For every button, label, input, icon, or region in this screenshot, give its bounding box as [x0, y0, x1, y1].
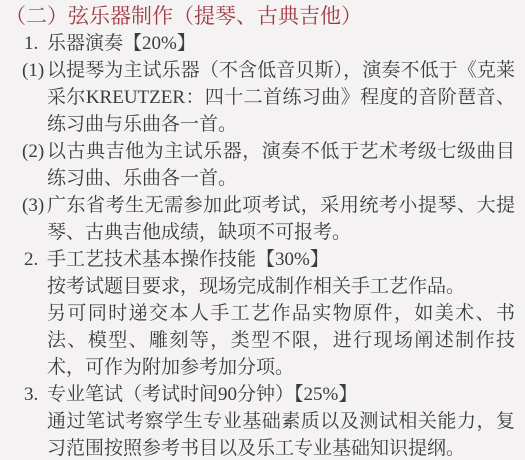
item-marker: (2) [22, 138, 47, 192]
section-1-item-3: (3) 广东省考生无需参加此项考试，采用统考小提琴、大提琴、古典吉他成绩，缺项不… [22, 192, 515, 246]
paragraph: 按考试题目要求，现场完成制作相关手工艺作品。 [47, 273, 515, 300]
item-marker: (1) [22, 57, 47, 138]
document-title: （二）弦乐器制作（提琴、古典吉他） [5, 3, 515, 30]
section-2-title: 手工艺技术基本操作技能【30%】 [47, 246, 329, 273]
section-1-number: 1. [24, 30, 47, 57]
section-3-heading: 3. 专业笔试（考试时间90分钟）【25%】 [24, 381, 515, 408]
paragraph: 通过笔试考察学生专业基础素质以及测试相关能力，复习范围按照参考书目以及乐工专业基… [47, 408, 515, 460]
section-3-number: 3. [24, 381, 47, 408]
item-text: 以古典吉他为主试乐器，演奏不低于艺术考级七级曲目练习曲、乐曲各一首。 [47, 138, 515, 192]
section-2-heading: 2. 手工艺技术基本操作技能【30%】 [24, 246, 515, 273]
document-page: （二）弦乐器制作（提琴、古典吉他） 1. 乐器演奏【20%】 (1) 以提琴为主… [0, 0, 525, 460]
item-marker: (3) [22, 192, 47, 246]
item-text: 以提琴为主试乐器（不含低音贝斯），演奏不低于《克莱采尔KREUTZER：四十二首… [47, 57, 515, 138]
section-1-item-1: (1) 以提琴为主试乐器（不含低音贝斯），演奏不低于《克莱采尔KREUTZER：… [22, 57, 515, 138]
item-text: 广东省考生无需参加此项考试，采用统考小提琴、大提琴、古典吉他成绩，缺项不可报考。 [47, 192, 515, 246]
section-2-number: 2. [24, 246, 47, 273]
section-1-title: 乐器演奏【20%】 [47, 30, 196, 57]
section-1-heading: 1. 乐器演奏【20%】 [24, 30, 515, 57]
section-1-item-2: (2) 以古典吉他为主试乐器，演奏不低于艺术考级七级曲目练习曲、乐曲各一首。 [22, 138, 515, 192]
section-3-title: 专业笔试（考试时间90分钟）【25%】 [47, 381, 357, 408]
paragraph: 另可同时递交本人手工艺作品实物原件，如美术、书法、模型、雕刻等，类型不限，进行现… [47, 300, 515, 381]
